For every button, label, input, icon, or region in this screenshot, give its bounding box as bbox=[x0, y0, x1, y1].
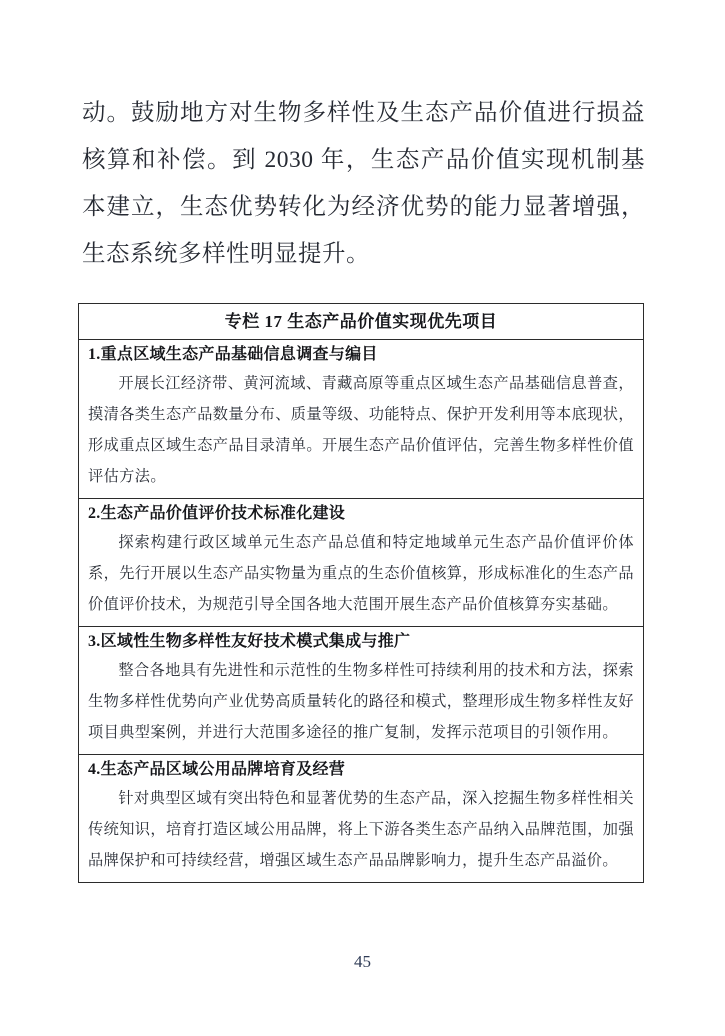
page-number: 45 bbox=[0, 952, 725, 972]
column-box-section-4: 4.生态产品区域公用品牌培育及经营 针对典型区域有突出特色和显著优势的生态产品，… bbox=[79, 755, 643, 882]
column-box-section-3: 3.区域性生物多样性友好技术模式集成与推广 整合各地具有先进性和示范性的生物多样… bbox=[79, 627, 643, 755]
document-page: 动。鼓励地方对生物多样性及生态产品价值进行损益核算和补偿。到 2030 年，生态… bbox=[0, 0, 725, 1036]
section-4-body: 针对典型区域有突出特色和显著优势的生态产品，深入挖掘生物多样性相关传统知识，培育… bbox=[88, 783, 634, 876]
section-2-heading: 2.生态产品价值评价技术标准化建设 bbox=[88, 502, 634, 526]
section-1-body: 开展长江经济带、黄河流域、青藏高原等重点区域生态产品基础信息普查，摸清各类生态产… bbox=[88, 368, 634, 492]
column-box-title: 专栏 17 生态产品价值实现优先项目 bbox=[79, 304, 643, 340]
intro-paragraph: 动。鼓励地方对生物多样性及生态产品价值进行损益核算和补偿。到 2030 年，生态… bbox=[82, 90, 645, 278]
column-box-section-1: 1.重点区域生态产品基础信息调查与编目 开展长江经济带、黄河流域、青藏高原等重点… bbox=[79, 340, 643, 499]
section-3-body: 整合各地具有先进性和示范性的生物多样性可持续利用的技术和方法，探索生物多样性优势… bbox=[88, 655, 634, 748]
section-4-heading: 4.生态产品区域公用品牌培育及经营 bbox=[88, 758, 634, 782]
column-box-17: 专栏 17 生态产品价值实现优先项目 1.重点区域生态产品基础信息调查与编目 开… bbox=[78, 303, 644, 883]
column-box-section-2: 2.生态产品价值评价技术标准化建设 探索构建行政区域单元生态产品总值和特定地域单… bbox=[79, 499, 643, 627]
section-2-body: 探索构建行政区域单元生态产品总值和特定地域单元生态产品价值评价体系，先行开展以生… bbox=[88, 527, 634, 620]
section-3-heading: 3.区域性生物多样性友好技术模式集成与推广 bbox=[88, 630, 634, 654]
section-1-heading: 1.重点区域生态产品基础信息调查与编目 bbox=[88, 343, 634, 367]
